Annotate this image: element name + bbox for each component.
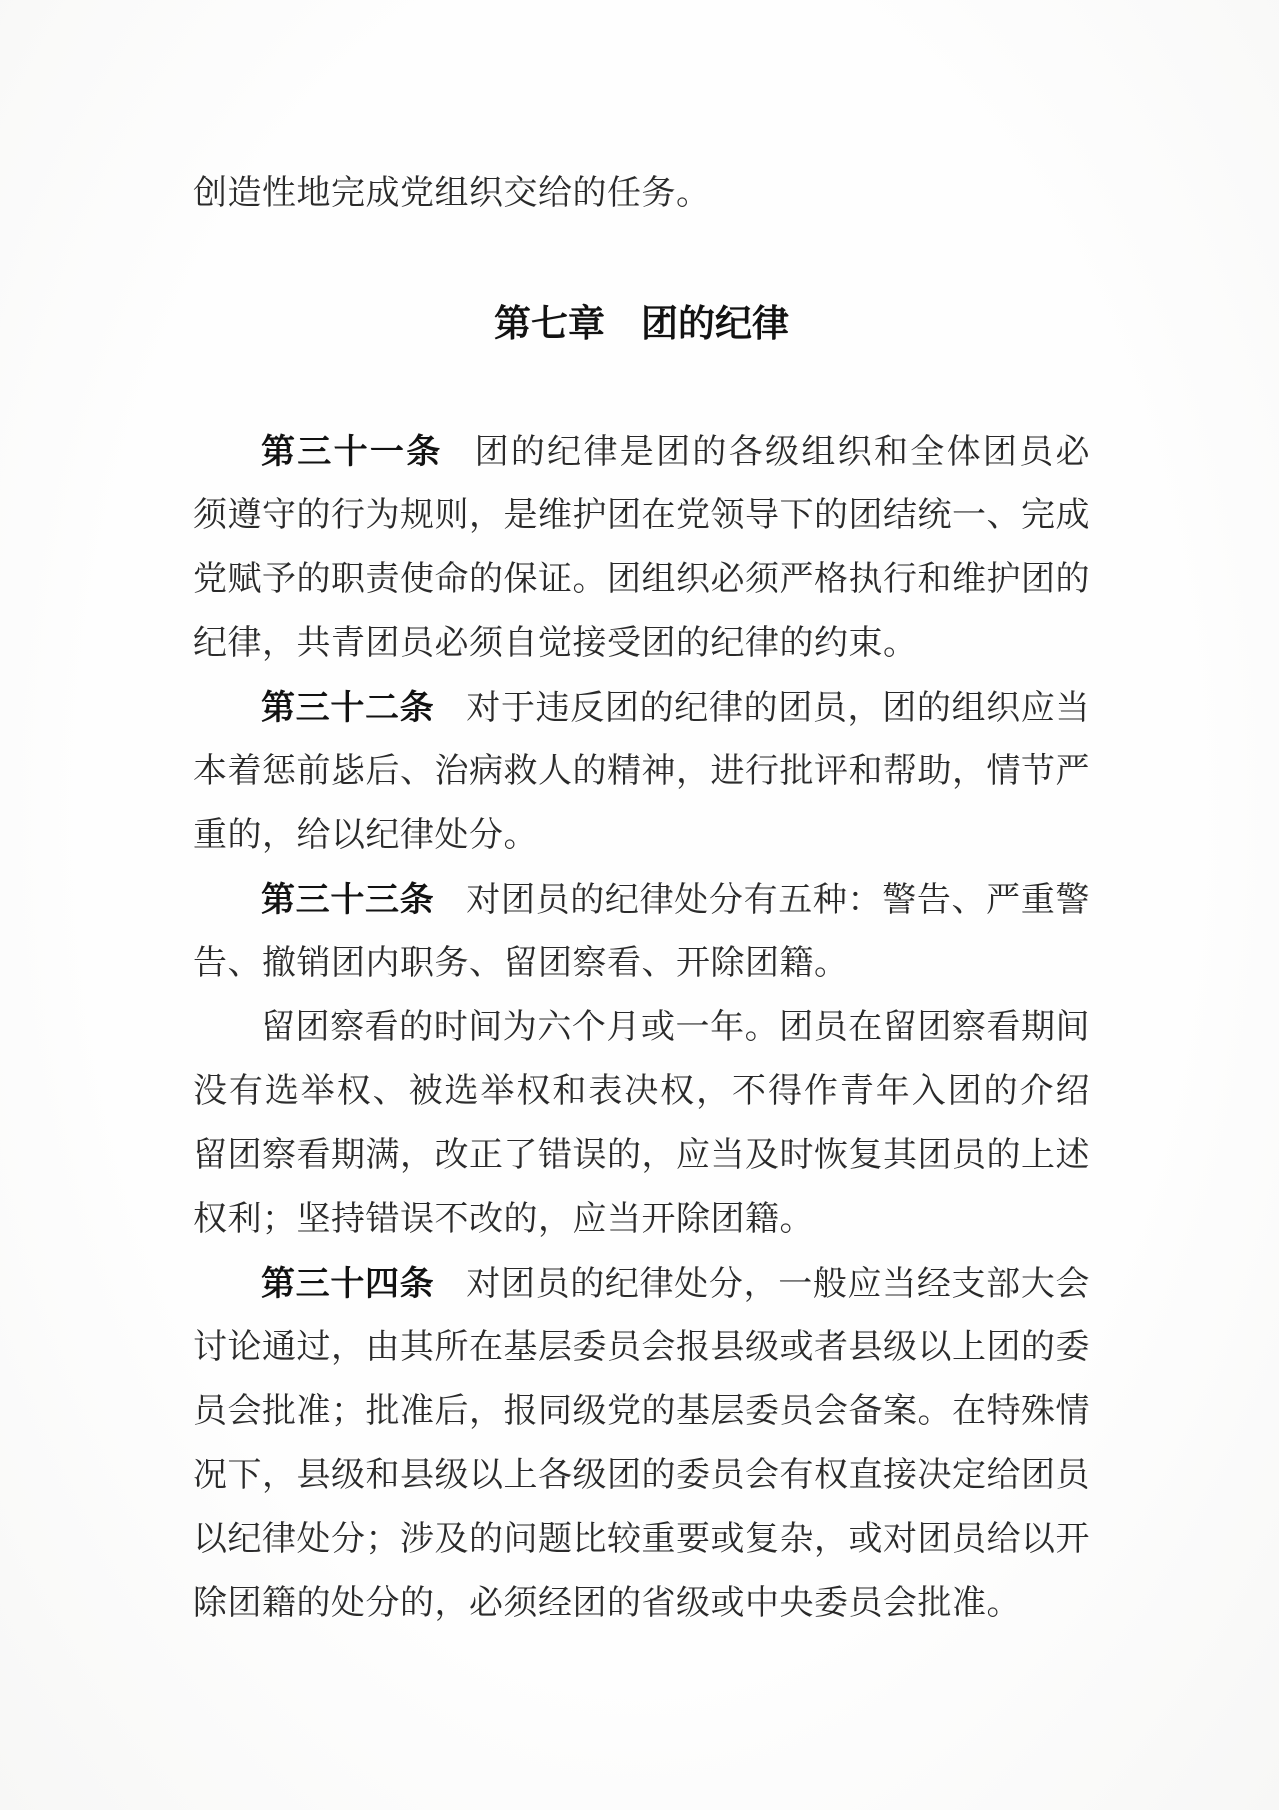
- article-31-text: 须遵守的行为规则，是维护团在党领导下的团结统一、完成: [193, 497, 1090, 534]
- article-31-text: 团的纪律是团的各级组织和全体团员必: [475, 434, 1090, 471]
- article-32-line: 本着惩前毖后、治病救人的精神，进行批评和帮助，情节严: [193, 740, 1090, 804]
- article-34-text: 况下，县级和县级以上各级团的委员会有权直接决定给团员: [193, 1457, 1090, 1494]
- probation-paragraph-line: 权利；坚持错误不改的，应当开除团籍。: [193, 1188, 1090, 1252]
- probation-paragraph-line: 留团察看的时间为六个月或一年。团员在留团察看期间: [193, 996, 1090, 1060]
- article-33-text: 对团员的纪律处分有五种：警告、严重警: [466, 882, 1090, 919]
- article-34-line: 除团籍的处分的，必须经团的省级或中央委员会批准。: [193, 1572, 1090, 1636]
- chapter-number: 第七章: [494, 303, 605, 344]
- article-34-number: 第三十四条: [261, 1265, 466, 1303]
- article-34-text: 讨论通过，由其所在基层委员会报县级或者县级以上团的委: [193, 1329, 1090, 1366]
- article-32-line: 重的，给以纪律处分。: [193, 804, 1090, 868]
- article-34-line: 况下，县级和县级以上各级团的委员会有权直接决定给团员: [193, 1444, 1090, 1508]
- article-32-text: 本着惩前毖后、治病救人的精神，进行批评和帮助，情节严: [193, 753, 1090, 790]
- continuation-text: 创造性地完成党组织交给的任务。: [193, 175, 711, 212]
- chapter-title: 团的纪律: [641, 303, 789, 344]
- article-34-line: 讨论通过，由其所在基层委员会报县级或者县级以上团的委: [193, 1316, 1090, 1380]
- probation-paragraph-line: 留团察看期满，改正了错误的，应当及时恢复其团员的上述: [193, 1124, 1090, 1188]
- continuation-line: 创造性地完成党组织交给的任务。: [193, 162, 1090, 226]
- article-34-text: 对团员的纪律处分，一般应当经支部大会: [466, 1266, 1090, 1303]
- article-31-text: 纪律，共青团员必须自觉接受团的纪律的约束。: [193, 625, 918, 662]
- article-31-text: 党赋予的职责使命的保证。团组织必须严格执行和维护团的: [193, 561, 1090, 598]
- article-31-line: 须遵守的行为规则，是维护团在党领导下的团结统一、完成: [193, 484, 1090, 548]
- article-33-line: 告、撤销团内职务、留团察看、开除团籍。: [193, 932, 1090, 996]
- document-page: 创造性地完成党组织交给的任务。 第七章团的纪律 第三十一条团的纪律是团的各级组织…: [0, 0, 1279, 1810]
- article-32-text: 重的，给以纪律处分。: [193, 817, 538, 854]
- article-32-text: 对于违反团的纪律的团员，团的组织应当: [466, 690, 1090, 727]
- article-31-line: 纪律，共青团员必须自觉接受团的纪律的约束。: [193, 612, 1090, 676]
- document-content: 创造性地完成党组织交给的任务。 第七章团的纪律 第三十一条团的纪律是团的各级组织…: [193, 162, 1090, 1636]
- article-31-number: 第三十一条: [261, 433, 475, 471]
- article-34-text: 以纪律处分；涉及的问题比较重要或复杂，或对团员给以开: [193, 1521, 1090, 1558]
- article-33-text: 告、撤销团内职务、留团察看、开除团籍。: [193, 945, 849, 982]
- article-34-text: 除团籍的处分的，必须经团的省级或中央委员会批准。: [193, 1585, 1021, 1622]
- article-33-number: 第三十三条: [261, 881, 466, 919]
- article-32-number: 第三十二条: [261, 689, 466, 727]
- probation-text: 没有选举权、被选举权和表决权，不得作青年入团的介绍人。: [193, 1073, 1090, 1124]
- chapter-heading: 第七章团的纪律: [193, 292, 1090, 356]
- probation-text: 留团察看的时间为六个月或一年。团员在留团察看期间: [261, 1009, 1090, 1046]
- article-31-line: 党赋予的职责使命的保证。团组织必须严格执行和维护团的: [193, 548, 1090, 612]
- article-34-line: 第三十四条对团员的纪律处分，一般应当经支部大会: [193, 1252, 1090, 1316]
- probation-paragraph-line: 没有选举权、被选举权和表决权，不得作青年入团的介绍人。: [193, 1060, 1090, 1124]
- article-34-line: 员会批准；批准后，报同级党的基层委员会备案。在特殊情: [193, 1380, 1090, 1444]
- article-34-text: 员会批准；批准后，报同级党的基层委员会备案。在特殊情: [193, 1393, 1090, 1430]
- probation-text: 权利；坚持错误不改的，应当开除团籍。: [193, 1201, 814, 1238]
- article-33-line: 第三十三条对团员的纪律处分有五种：警告、严重警: [193, 868, 1090, 932]
- article-32-line: 第三十二条对于违反团的纪律的团员，团的组织应当: [193, 676, 1090, 740]
- article-31-line: 第三十一条团的纪律是团的各级组织和全体团员必: [193, 420, 1090, 484]
- article-34-line: 以纪律处分；涉及的问题比较重要或复杂，或对团员给以开: [193, 1508, 1090, 1572]
- probation-text: 留团察看期满，改正了错误的，应当及时恢复其团员的上述: [193, 1137, 1090, 1174]
